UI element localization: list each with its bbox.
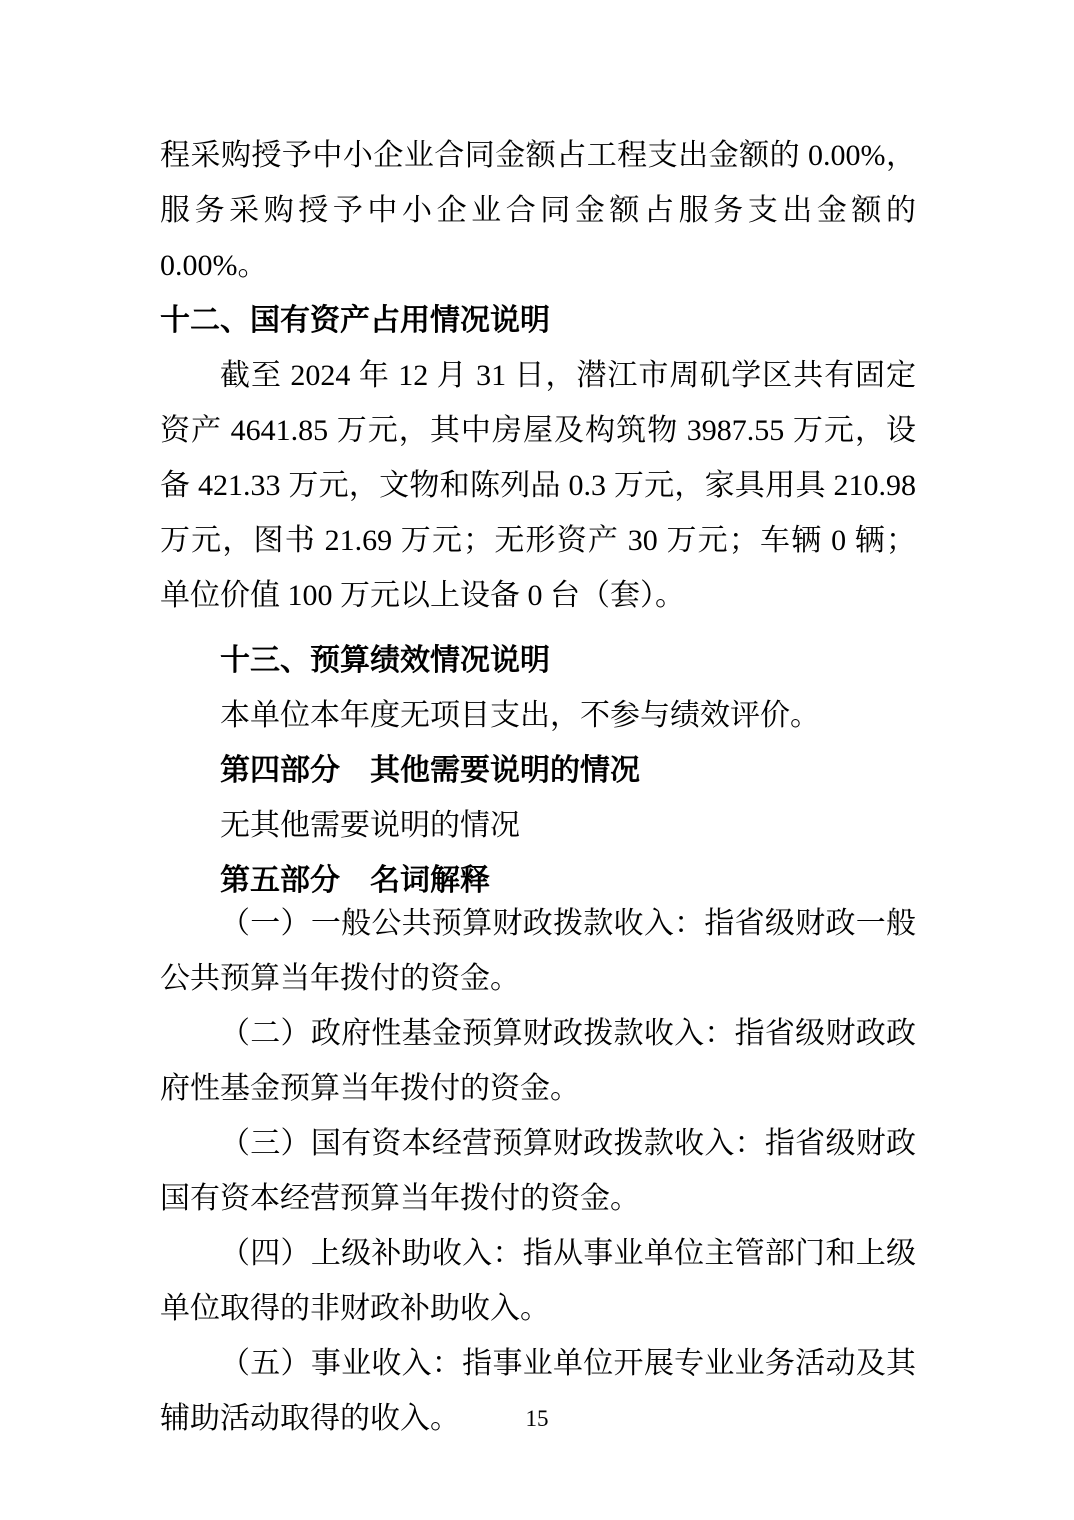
document-body: 程采购授予中小企业合同金额占工程支出金额的 0.00%，服务采购授予中小企业合同… — [160, 128, 916, 1446]
paragraph-part-4-body: 无其他需要说明的情况 — [160, 798, 916, 853]
paragraph-fixed-assets-detail: 截至 2024 年 12 月 31 日，潜江市周矶学区共有固定资产 4641.8… — [160, 348, 916, 623]
glossary-definition-4-superior-subsidy-income: （四）上级补助收入：指从事业单位主管部门和上级单位取得的非财政补助收入。 — [160, 1226, 916, 1336]
paragraph-budget-performance: 本单位本年度无项目支出，不参与绩效评价。 — [160, 688, 916, 743]
paragraph-procurement-continuation: 程采购授予中小企业合同金额占工程支出金额的 0.00%，服务采购授予中小企业合同… — [160, 128, 916, 293]
document-page: 程采购授予中小企业合同金额占工程支出金额的 0.00%，服务采购授予中小企业合同… — [0, 0, 1074, 1520]
glossary-definition-1-general-public-budget: （一）一般公共预算财政拨款收入：指省级财政一般公共预算当年拨付的资金。 — [160, 896, 916, 1006]
heading-section-12-state-assets: 十二、国有资产占用情况说明 — [160, 293, 916, 348]
glossary-definition-2-government-fund-budget: （二）政府性基金预算财政拨款收入：指省级财政政府性基金预算当年拨付的资金。 — [160, 1006, 916, 1116]
heading-section-13-budget-performance: 十三、预算绩效情况说明 — [160, 633, 916, 688]
page-number: 15 — [0, 1404, 1074, 1434]
glossary-definition-3-state-capital-budget: （三）国有资本经营预算财政拨款收入：指省级财政国有资本经营预算当年拨付的资金。 — [160, 1116, 916, 1226]
heading-part-4-other-matters: 第四部分 其他需要说明的情况 — [160, 743, 916, 798]
